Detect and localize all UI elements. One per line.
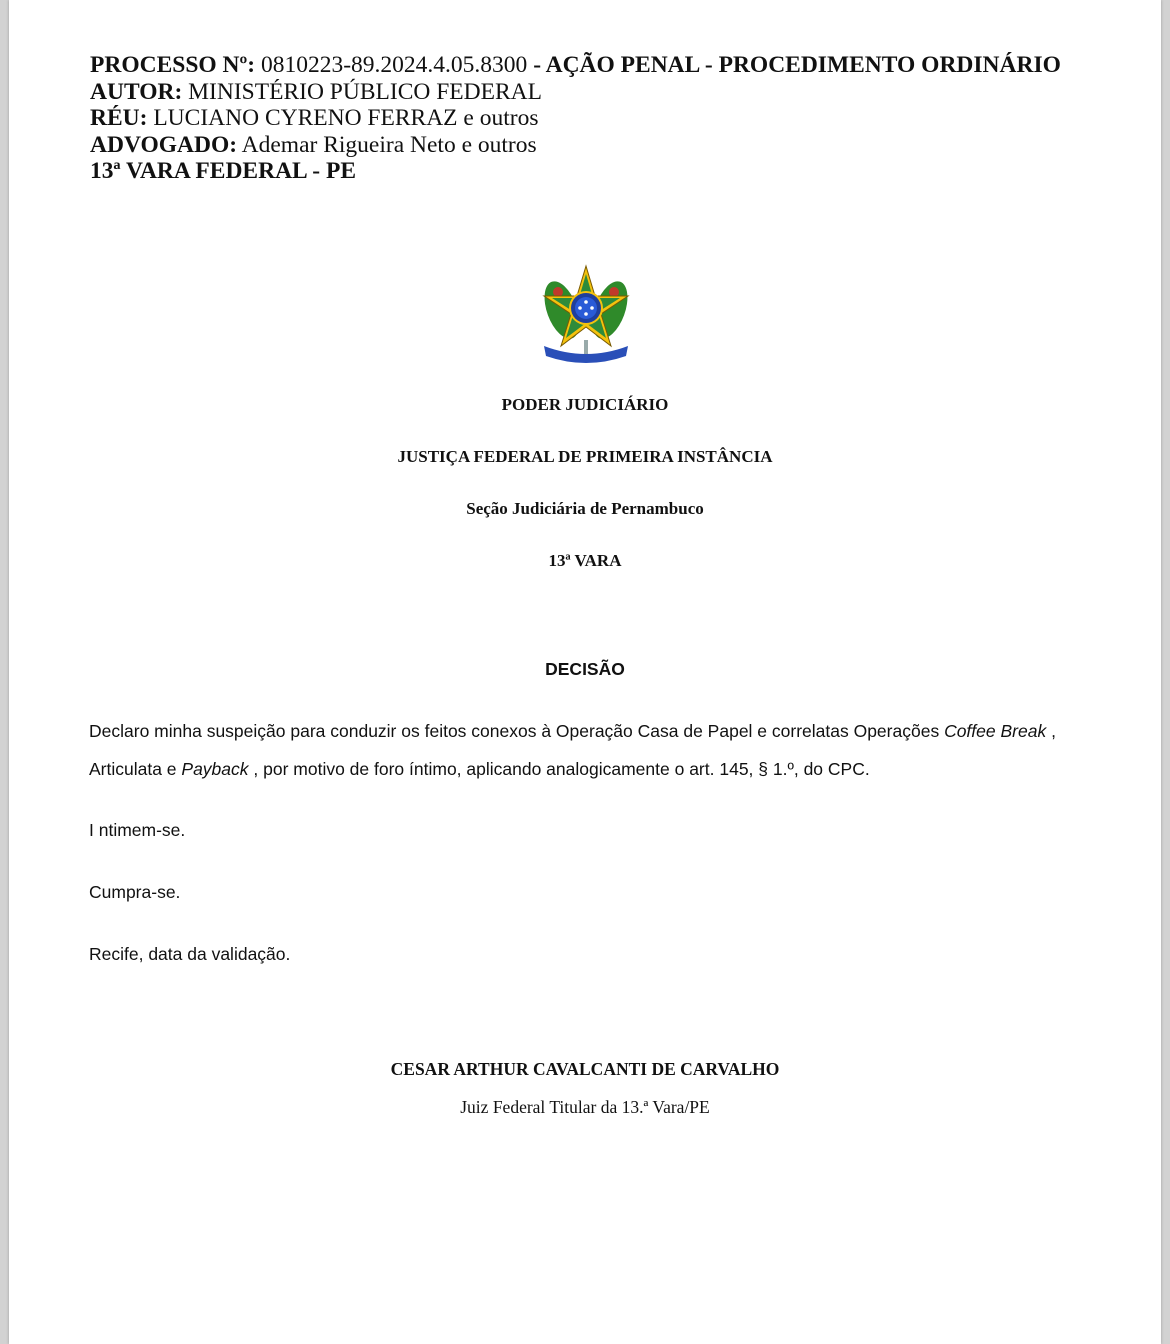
processo-line: PROCESSO Nº: 0810223-89.2024.4.05.8300 -… xyxy=(90,52,1061,79)
advogado-label: ADVOGADO: xyxy=(90,132,237,158)
processo-class: - AÇÃO PENAL - PROCEDIMENTO ORDINÁRIO xyxy=(533,52,1061,78)
cumpra-line: Cumpra-se. xyxy=(89,882,180,903)
operation-payback: Payback xyxy=(181,759,248,779)
processo-number: 0810223-89.2024.4.05.8300 xyxy=(261,52,527,78)
advogado-line: ADVOGADO: Ademar Rigueira Neto e outros xyxy=(90,132,1061,159)
paragraph-part-3: , por motivo de foro íntimo, aplicando a… xyxy=(249,759,870,779)
operation-coffee-break: Coffee Break xyxy=(944,721,1046,741)
judge-name: CESAR ARTHUR CAVALCANTI DE CARVALHO xyxy=(9,1059,1161,1080)
reu-label: RÉU: xyxy=(90,105,147,131)
vara-label: 13ª VARA FEDERAL - PE xyxy=(90,158,356,184)
reu-value: LUCIANO CYRENO FERRAZ e outros xyxy=(153,105,538,131)
autor-line: AUTOR: MINISTÉRIO PÚBLICO FEDERAL xyxy=(90,79,1061,106)
case-header: PROCESSO Nº: 0810223-89.2024.4.05.8300 -… xyxy=(90,52,1061,185)
autor-label: AUTOR: xyxy=(90,79,182,105)
decision-title: DECISÃO xyxy=(9,659,1161,680)
document-page: PROCESSO Nº: 0810223-89.2024.4.05.8300 -… xyxy=(9,0,1161,1344)
advogado-value: Ademar Rigueira Neto e outros xyxy=(242,132,537,158)
court-section: Seção Judiciária de Pernambuco xyxy=(9,499,1161,519)
autor-value: MINISTÉRIO PÚBLICO FEDERAL xyxy=(188,79,542,105)
local-date-line: Recife, data da validação. xyxy=(89,944,290,965)
paragraph-part-1: Declaro minha suspeição para conduzir os… xyxy=(89,721,944,741)
vara-line: 13ª VARA FEDERAL - PE xyxy=(90,158,1061,185)
court-vara: 13ª VARA xyxy=(9,551,1161,571)
brazil-coat-of-arms-icon xyxy=(538,262,634,364)
intimem-line: I ntimem-se. xyxy=(89,820,185,841)
decision-paragraph: Declaro minha suspeição para conduzir os… xyxy=(89,712,1099,788)
reu-line: RÉU: LUCIANO CYRENO FERRAZ e outros xyxy=(90,105,1061,132)
court-justice: JUSTIÇA FEDERAL DE PRIMEIRA INSTÂNCIA xyxy=(9,447,1161,467)
judge-role: Juiz Federal Titular da 13.ª Vara/PE xyxy=(9,1097,1161,1118)
court-power: PODER JUDICIÁRIO xyxy=(9,395,1161,415)
processo-label: PROCESSO Nº: xyxy=(90,52,255,78)
